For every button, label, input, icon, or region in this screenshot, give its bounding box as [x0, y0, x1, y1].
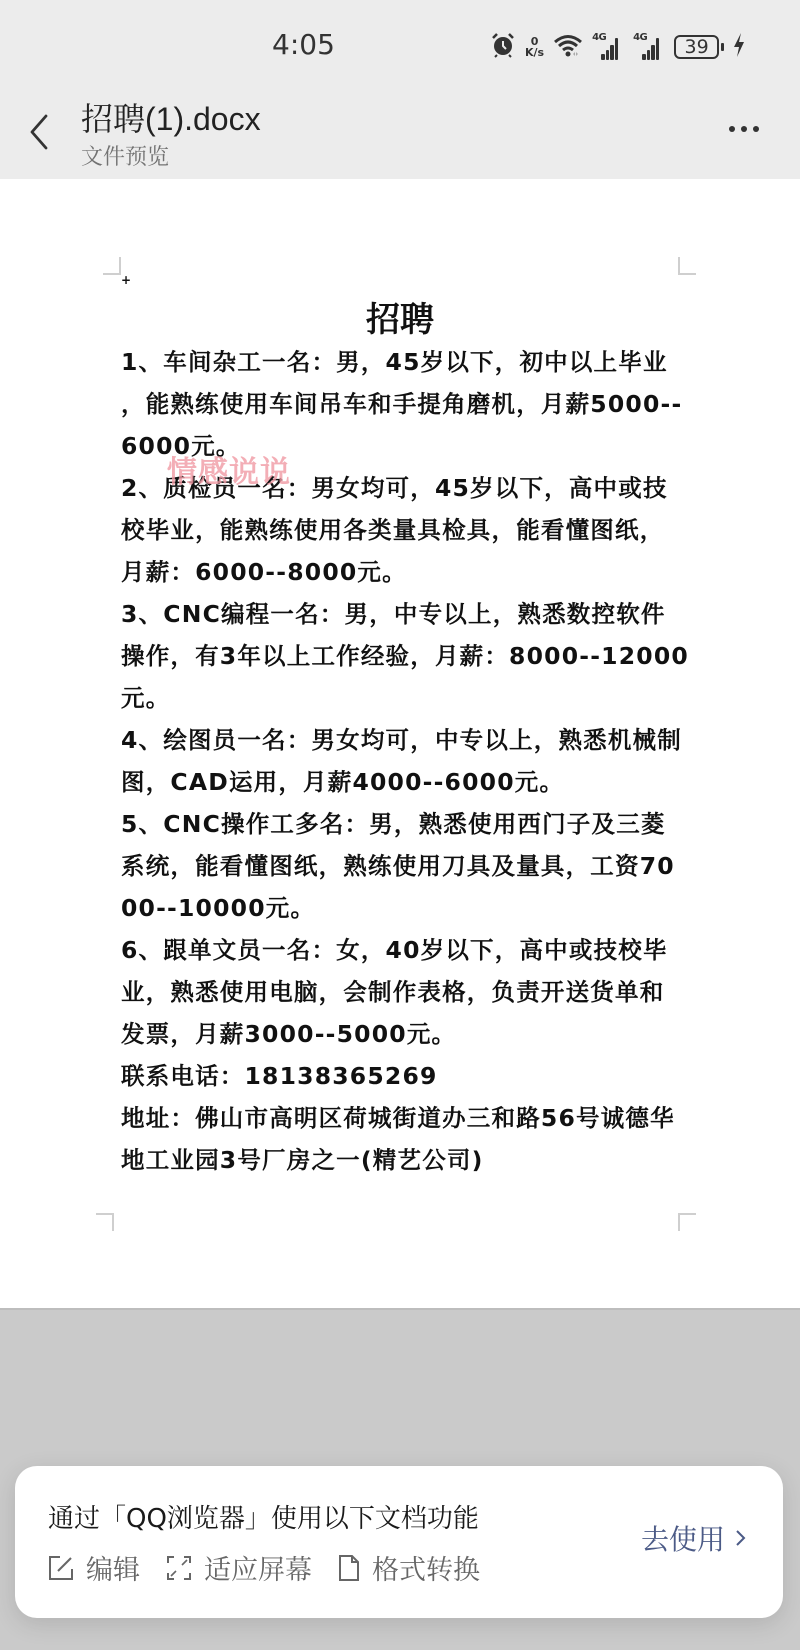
document-subtitle: 文件预览 — [81, 140, 169, 171]
paragraph-anchor-icon: + — [121, 273, 131, 287]
charging-icon — [733, 33, 745, 61]
qq-browser-promo-card: 通过「QQ浏览器」使用以下文档功能 编辑 适应屏幕 格式转换 去使用 — [15, 1466, 783, 1618]
chevron-right-icon — [735, 1528, 747, 1548]
feature-edit[interactable]: 编辑 — [48, 1548, 140, 1587]
text-line: 6000元。 — [121, 425, 691, 467]
app-bar: 招聘(1).docx 文件预览 — [0, 88, 800, 179]
battery-icon: 39 — [674, 35, 724, 59]
margin-corner-top-right — [678, 257, 696, 275]
text-line: 1、车间杂工一名：男，45岁以下，初中以上毕业 — [121, 341, 691, 383]
document-page[interactable]: + 招聘 1、车间杂工一名：男，45岁以下，初中以上毕业 ，能熟练使用车间吊车和… — [0, 179, 800, 1310]
wifi-icon — [553, 33, 583, 61]
margin-corner-bottom-right — [678, 1213, 696, 1231]
more-horizontal-icon-dot — [729, 126, 735, 132]
signal-4g-icon-sim2: 4G — [633, 34, 665, 60]
feature-format-convert[interactable]: 格式转换 — [338, 1548, 480, 1587]
alarm-icon — [490, 32, 516, 62]
network-speed: 0 K/s — [525, 36, 544, 58]
feature-fit-screen[interactable]: 适应屏幕 — [166, 1548, 312, 1587]
text-line: 发票，月薪3000--5000元。 — [121, 1013, 691, 1055]
text-line: 6、跟单文员一名：女，40岁以下，高中或技校毕 — [121, 929, 691, 971]
document-filename: 招聘(1).docx — [81, 94, 261, 140]
margin-corner-top-left — [103, 257, 121, 275]
go-use-button[interactable]: 去使用 — [641, 1518, 747, 1558]
status-icons: 0 K/s 4G 4G — [490, 32, 745, 62]
fit-screen-icon — [166, 1555, 192, 1581]
text-line: 操作，有3年以上工作经验，月薪：8000--12000 — [121, 635, 691, 677]
text-line: 月薪：6000--8000元。 — [121, 551, 691, 593]
text-line: 00--10000元。 — [121, 887, 691, 929]
document-icon — [338, 1554, 360, 1582]
text-line: 图，CAD运用，月薪4000--6000元。 — [121, 761, 691, 803]
contact-phone-line: 联系电话：18138365269 — [121, 1055, 691, 1097]
text-line: 元。 — [121, 677, 691, 719]
text-line: 系统，能看懂图纸，熟练使用刀具及量具，工资70 — [121, 845, 691, 887]
status-time: 4:05 — [272, 28, 335, 61]
address-line: 地工业园3号厂房之一(精艺公司) — [121, 1139, 691, 1181]
document-heading: 招聘 — [0, 292, 800, 341]
more-horizontal-icon-dot — [753, 126, 759, 132]
text-line: ，能熟练使用车间吊车和手提角磨机，月薪5000-- — [121, 383, 691, 425]
promo-features: 编辑 适应屏幕 格式转换 — [48, 1548, 480, 1587]
text-line: 5、CNC操作工多名：男，熟悉使用西门子及三菱 — [121, 803, 691, 845]
text-line: 校毕业，能熟练使用各类量具检具，能看懂图纸， — [121, 509, 691, 551]
edit-icon — [48, 1555, 74, 1581]
promo-title: 通过「QQ浏览器」使用以下文档功能 — [48, 1498, 479, 1535]
more-horizontal-icon-dot — [741, 126, 747, 132]
status-bar: 4:05 0 K/s 4G — [0, 0, 800, 88]
more-options-button[interactable] — [720, 114, 768, 144]
text-line: 2、质检员一名：男女均可，45岁以下，高中或技 — [121, 467, 691, 509]
signal-4g-icon-sim1: 4G — [592, 34, 624, 60]
text-line: 3、CNC编程一名：男，中专以上，熟悉数控软件 — [121, 593, 691, 635]
back-button[interactable] — [24, 110, 58, 154]
text-line: 业，熟悉使用电脑，会制作表格，负责开送货单和 — [121, 971, 691, 1013]
text-line: 4、绘图员一名：男女均可，中专以上，熟悉机械制 — [121, 719, 691, 761]
chevron-left-icon — [24, 110, 58, 154]
address-line: 地址：佛山市高明区荷城街道办三和路56号诚德华 — [121, 1097, 691, 1139]
document-body: 1、车间杂工一名：男，45岁以下，初中以上毕业 ，能熟练使用车间吊车和手提角磨机… — [121, 341, 691, 1181]
margin-corner-bottom-left — [96, 1213, 114, 1231]
